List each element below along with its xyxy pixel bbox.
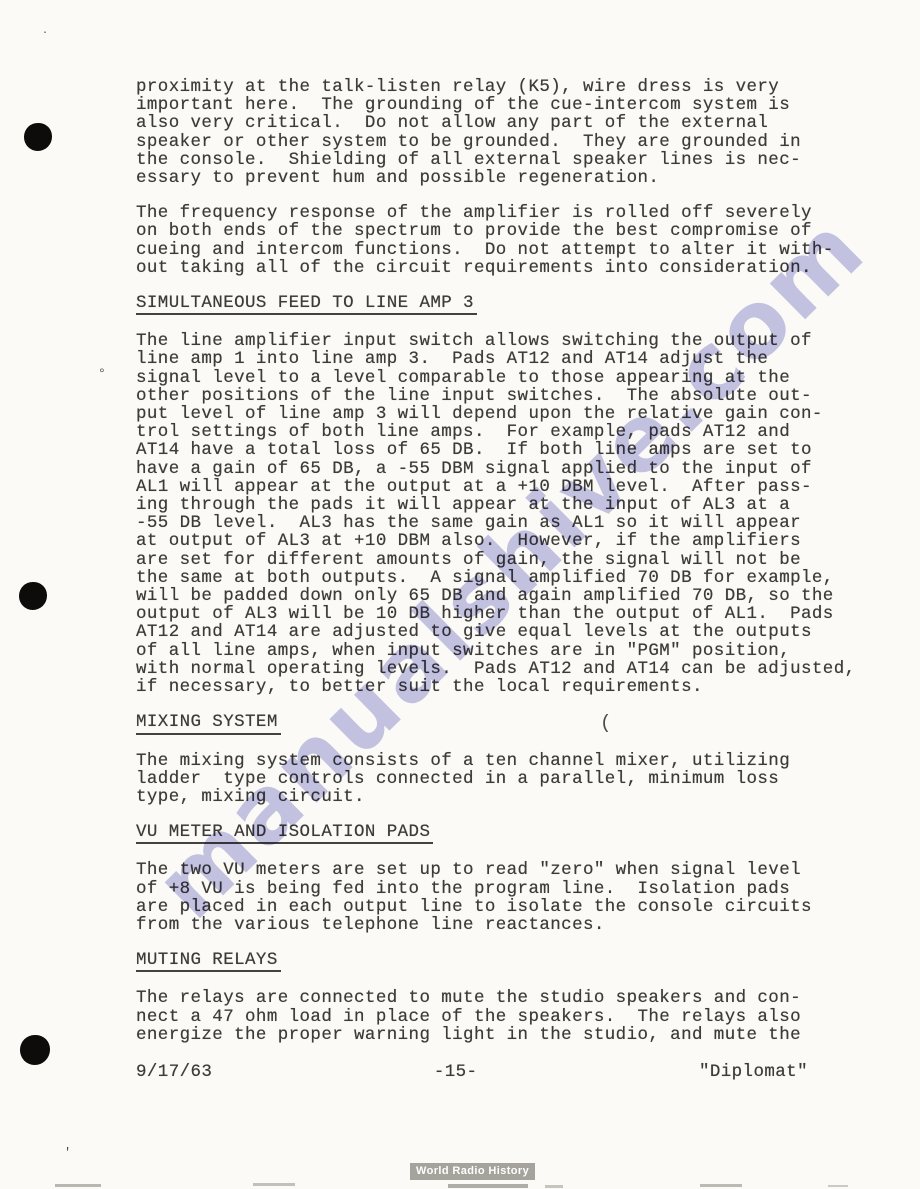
footer-model-name: "Diplomat": [699, 1062, 808, 1082]
scan-edge-smudge: [700, 1184, 742, 1187]
section-heading: SIMULTANEOUS FEED TO LINE AMP 3: [136, 294, 878, 315]
footer-date: 9/17/63: [136, 1062, 212, 1082]
section-heading-text: MIXING SYSTEM: [136, 713, 281, 734]
hole-punch-mark: [24, 123, 52, 151]
scan-edge-smudge: [253, 1183, 295, 1186]
section-heading-text: VU METER AND ISOLATION PADS: [136, 823, 433, 844]
section-heading: MUTING RELAYS: [136, 951, 878, 972]
body-paragraph: The relays are connected to mute the stu…: [136, 989, 878, 1044]
body-paragraph: The mixing system consists of a ten chan…: [136, 752, 878, 807]
stray-ink-mark: ': [64, 1146, 71, 1160]
stray-ink-mark: (: [600, 712, 611, 734]
section-heading: MIXING SYSTEM: [136, 713, 878, 734]
body-paragraph: The line amplifier input switch allows s…: [136, 332, 878, 696]
section-heading: VU METER AND ISOLATION PADS: [136, 823, 878, 844]
section-heading-text: SIMULTANEOUS FEED TO LINE AMP 3: [136, 294, 477, 315]
scan-edge-smudge: [545, 1185, 563, 1188]
hole-punch-mark: [19, 582, 47, 610]
stray-ink-mark: °: [98, 366, 106, 381]
world-radio-history-badge: World Radio History: [410, 1163, 535, 1180]
scan-edge-smudge: [828, 1185, 848, 1187]
page-footer: 9/17/63 -15- "Diplomat": [136, 1062, 808, 1082]
footer-page-number: -15-: [434, 1062, 478, 1082]
scan-edge-smudge: [448, 1184, 528, 1188]
stray-ink-mark: ·: [42, 28, 48, 39]
page-body: proximity at the talk-listen relay (K5),…: [136, 78, 878, 1061]
scan-edge-smudge: [55, 1184, 101, 1187]
body-paragraph: The frequency response of the amplifier …: [136, 204, 878, 277]
hole-punch-mark: [20, 1035, 50, 1065]
scanned-manual-page: manualshive.com proximity at the talk-li…: [0, 0, 920, 1189]
body-paragraph: proximity at the talk-listen relay (K5),…: [136, 78, 878, 187]
section-heading-text: MUTING RELAYS: [136, 951, 281, 972]
body-paragraph: The two VU meters are set up to read "ze…: [136, 861, 878, 934]
